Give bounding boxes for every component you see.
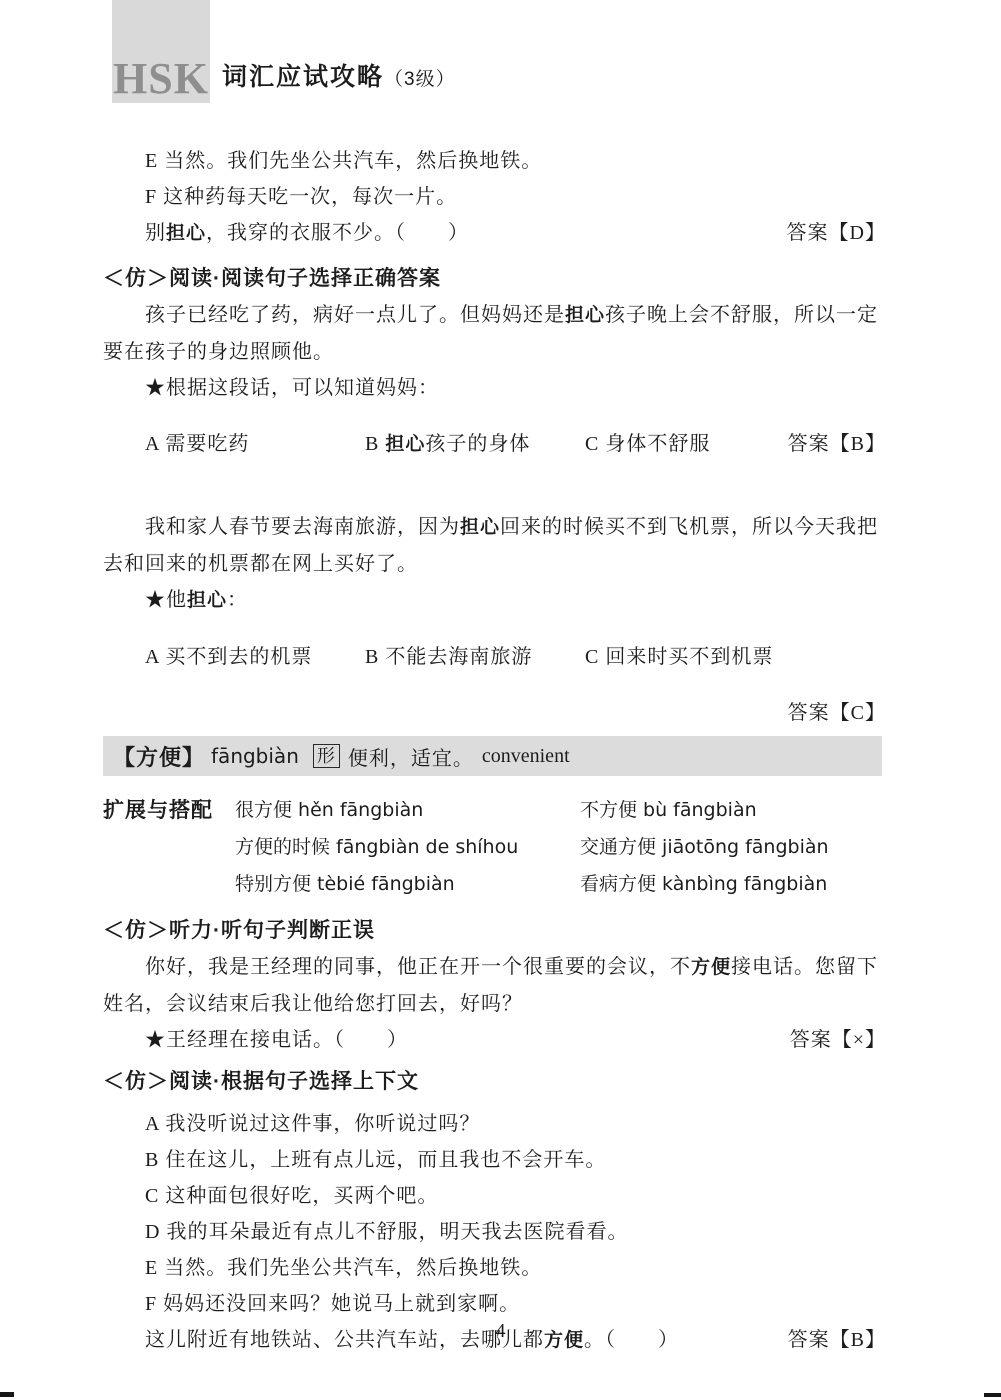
collocation-row: 方便的时候 fāngbiàn de shíhou交通方便 jiāotōng fā… xyxy=(235,829,886,866)
line-text: 去和回来的机票都在网上买好了。 xyxy=(103,546,418,582)
choice-line-f: F 这种药每天吃一次，每次一片。 xyxy=(103,179,886,215)
section-heading-reading-2: ＜仿＞阅读·根据句子选择上下文 xyxy=(103,1064,886,1100)
entry-pos-tag: 形 xyxy=(313,744,340,768)
star-question-2: ★他担心： xyxy=(103,582,886,619)
bold-term: 担心 xyxy=(565,305,605,326)
passage-2-line-1: 我和家人春节要去海南旅游，因为担心回来的时候买不到飞机票，所以今天我把 xyxy=(103,509,886,546)
collocation-item: 不方便 bù fāngbiàn xyxy=(580,792,757,829)
text-run: 孩子的身体 xyxy=(425,433,530,455)
corner-mark-left xyxy=(0,1392,14,1397)
text-run: F 妈妈还没回来吗？她说马上就到家啊。 xyxy=(145,1293,520,1315)
text-run: 去和回来的机票都在网上买好了。 xyxy=(103,553,418,575)
option-item: B 担心孩子的身体 xyxy=(365,426,585,463)
line-text: 你好，我是王经理的同事，他正在开一个很重要的会议，不方便接电话。您留下 xyxy=(145,949,878,986)
bold-term: 担心 xyxy=(187,590,227,611)
answer-line-c: 答案【C】 xyxy=(103,695,886,731)
text-run: B 不能去海南旅游 xyxy=(365,646,532,668)
option-item: B 不能去海南旅游 xyxy=(365,639,585,675)
bold-term: 担心 xyxy=(385,434,425,455)
expand-section: 扩展与搭配很方便 hěn fāngbiàn不方便 bù fāngbiàn方便的时… xyxy=(103,792,886,903)
text-run: C 身体不舒服 xyxy=(585,433,710,455)
choice-a: A 我没听说过这件事，你听说过吗？ xyxy=(103,1106,886,1142)
text-run: B 住在这儿，上班有点儿远，而且我也不会开车。 xyxy=(145,1149,606,1171)
choice-c: C 这种面包很好吃，买两个吧。 xyxy=(103,1178,886,1214)
text-run: 回来的时候买不到飞机票，所以今天我把 xyxy=(500,516,878,538)
book-title: 词汇应试攻略（3级） xyxy=(222,57,456,93)
line-text: E 当然。我们先坐公共汽车，然后换地铁。 xyxy=(145,143,542,179)
expand-label: 扩展与搭配 xyxy=(103,792,235,903)
text-run: 我和家人春节要去海南旅游，因为 xyxy=(145,516,460,538)
text-run: 孩子晚上会不舒服，所以一定 xyxy=(605,304,878,326)
page: HSK 词汇应试攻略（3级） E 当然。我们先坐公共汽车，然后换地铁。F 这种药… xyxy=(0,0,1001,1400)
text-run: B xyxy=(365,433,385,455)
line-text: E 当然。我们先坐公共汽车，然后换地铁。 xyxy=(145,1250,542,1286)
line-text: A 我没听说过这件事，你听说过吗？ xyxy=(145,1106,480,1142)
hsk-logo-text: HSK xyxy=(113,57,209,101)
collocation-grid: 很方便 hěn fāngbiàn不方便 bù fāngbiàn方便的时候 fān… xyxy=(235,792,886,903)
answer-label: 答案【D】 xyxy=(787,215,886,251)
passage-1-line-1: 孩子已经吃了药，病好一点儿了。但妈妈还是担心孩子晚上会不舒服，所以一定 xyxy=(103,297,886,334)
text-run: ★王经理在接电话。（ ） xyxy=(145,1029,408,1051)
line-text: B 住在这儿，上班有点儿远，而且我也不会开车。 xyxy=(145,1142,606,1178)
question-line-danxin: 别担心，我穿的衣服不少。（ ）答案【D】 xyxy=(103,215,886,252)
section-heading-reading-1: ＜仿＞阅读·阅读句子选择正确答案 xyxy=(103,261,886,297)
entry-definition: 便利，适宜。 xyxy=(348,742,474,771)
text-run: ★他 xyxy=(145,589,187,611)
text-run: 姓名，会议结束后我让他给您打回去，好吗？ xyxy=(103,993,523,1015)
entry-band: 【方便】fāngbiàn形便利，适宜。convenient xyxy=(103,736,882,776)
hsk-logo-box: HSK xyxy=(112,0,210,103)
corner-mark-right xyxy=(984,1393,1001,1397)
line-text: 姓名，会议结束后我让他给您打回去，好吗？ xyxy=(103,986,523,1022)
collocation-item: 看病方便 kànbìng fāngbiàn xyxy=(580,866,827,903)
line-text: C 这种面包很好吃，买两个吧。 xyxy=(145,1178,438,1214)
option-item: C 回来时买不到机票 xyxy=(585,639,773,675)
line-text: 我和家人春节要去海南旅游，因为担心回来的时候买不到飞机票，所以今天我把 xyxy=(145,509,878,546)
choice-d: D 我的耳朵最近有点儿不舒服，明天我去医院看看。 xyxy=(103,1214,886,1250)
text-run: ： xyxy=(227,589,248,611)
choice-line-e: E 当然。我们先坐公共汽车，然后换地铁。 xyxy=(103,143,886,179)
text-run: A 我没听说过这件事，你听说过吗？ xyxy=(145,1113,480,1135)
collocation-row: 特别方便 tèbié fāngbiàn看病方便 kànbìng fāngbiàn xyxy=(235,866,886,903)
text-run: ★根据这段话，可以知道妈妈： xyxy=(145,377,439,399)
option-item: A 买不到去的机票 xyxy=(145,639,365,675)
text-run: E 当然。我们先坐公共汽车，然后换地铁。 xyxy=(145,1257,542,1279)
text-run: C 这种面包很好吃，买两个吧。 xyxy=(145,1185,438,1207)
star-question-3: ★王经理在接电话。（ ）答案【×】 xyxy=(103,1022,886,1058)
spacer xyxy=(103,483,886,509)
page-body: E 当然。我们先坐公共汽车，然后换地铁。F 这种药每天吃一次，每次一片。别担心，… xyxy=(103,103,886,1359)
line-text: F 妈妈还没回来吗？她说马上就到家啊。 xyxy=(145,1286,520,1322)
collocation-item: 交通方便 jiāotōng fāngbiàn xyxy=(580,829,829,866)
option-item: A 需要吃药 xyxy=(145,426,365,462)
bold-term: 方便 xyxy=(691,957,731,978)
passage-1-line-2: 要在孩子的身边照顾他。 xyxy=(103,334,886,370)
options-row-1: A 需要吃药B 担心孩子的身体C 身体不舒服答案【B】 xyxy=(103,426,886,463)
passage-3-line-2: 姓名，会议结束后我让他给您打回去，好吗？ xyxy=(103,986,886,1022)
passage-2-line-2: 去和回来的机票都在网上买好了。 xyxy=(103,546,886,582)
text-run: A 买不到去的机票 xyxy=(145,646,312,668)
line-text: D 我的耳朵最近有点儿不舒服，明天我去医院看看。 xyxy=(145,1214,628,1250)
entry-word: 【方便】 xyxy=(113,741,205,772)
entry-english: convenient xyxy=(482,745,570,768)
answer-label: 答案【B】 xyxy=(788,426,886,462)
collocation-row: 很方便 hěn fāngbiàn不方便 bù fāngbiàn xyxy=(235,792,886,829)
text-run: E 当然。我们先坐公共汽车，然后换地铁。 xyxy=(145,150,542,172)
book-title-level: （3级） xyxy=(384,69,456,90)
line-text: 孩子已经吃了药，病好一点儿了。但妈妈还是担心孩子晚上会不舒服，所以一定 xyxy=(145,297,878,334)
answer-label: 答案【×】 xyxy=(790,1022,886,1058)
text-run: A 需要吃药 xyxy=(145,433,249,455)
star-question-1: ★根据这段话，可以知道妈妈： xyxy=(103,370,886,406)
text-run: 要在孩子的身边照顾他。 xyxy=(103,341,334,363)
collocation-item: 很方便 hěn fāngbiàn xyxy=(235,792,580,829)
text-run: 别 xyxy=(145,222,166,244)
bold-term: 担心 xyxy=(166,223,206,244)
book-title-main: 词汇应试攻略 xyxy=(222,63,384,91)
page-number: 4 xyxy=(0,1320,1001,1343)
bold-term: 担心 xyxy=(460,517,500,538)
page-header: HSK 词汇应试攻略（3级） xyxy=(0,0,1001,103)
choice-b: B 住在这儿，上班有点儿远，而且我也不会开车。 xyxy=(103,1142,886,1178)
line-text: ★根据这段话，可以知道妈妈： xyxy=(145,370,439,406)
text-run: 接电话。您留下 xyxy=(731,956,878,978)
options-row-2: A 买不到去的机票B 不能去海南旅游C 回来时买不到机票 xyxy=(103,639,886,675)
text-run: 你好，我是王经理的同事，他正在开一个很重要的会议，不 xyxy=(145,956,691,978)
line-text: 要在孩子的身边照顾他。 xyxy=(103,334,334,370)
line-text: ★王经理在接电话。（ ） xyxy=(145,1022,408,1058)
line-text: 别担心，我穿的衣服不少。（ ） xyxy=(145,215,469,252)
option-item: C 身体不舒服 xyxy=(585,426,710,462)
collocation-item: 特别方便 tèbié fāngbiàn xyxy=(235,866,580,903)
collocation-item: 方便的时候 fāngbiàn de shíhou xyxy=(235,829,580,866)
line-text: ★他担心： xyxy=(145,582,248,619)
text-run: D 我的耳朵最近有点儿不舒服，明天我去医院看看。 xyxy=(145,1221,628,1243)
line-text: F 这种药每天吃一次，每次一片。 xyxy=(145,179,457,215)
text-run: F 这种药每天吃一次，每次一片。 xyxy=(145,186,457,208)
text-run: 孩子已经吃了药，病好一点儿了。但妈妈还是 xyxy=(145,304,565,326)
text-run: C 回来时买不到机票 xyxy=(585,646,773,668)
passage-3-line-1: 你好，我是王经理的同事，他正在开一个很重要的会议，不方便接电话。您留下 xyxy=(103,949,886,986)
section-heading-listening: ＜仿＞听力·听句子判断正误 xyxy=(103,913,886,949)
entry-pinyin: fāngbiàn xyxy=(211,744,299,768)
text-run: ，我穿的衣服不少。（ ） xyxy=(206,222,469,244)
choice-e2: E 当然。我们先坐公共汽车，然后换地铁。 xyxy=(103,1250,886,1286)
choice-f2: F 妈妈还没回来吗？她说马上就到家啊。 xyxy=(103,1286,886,1322)
